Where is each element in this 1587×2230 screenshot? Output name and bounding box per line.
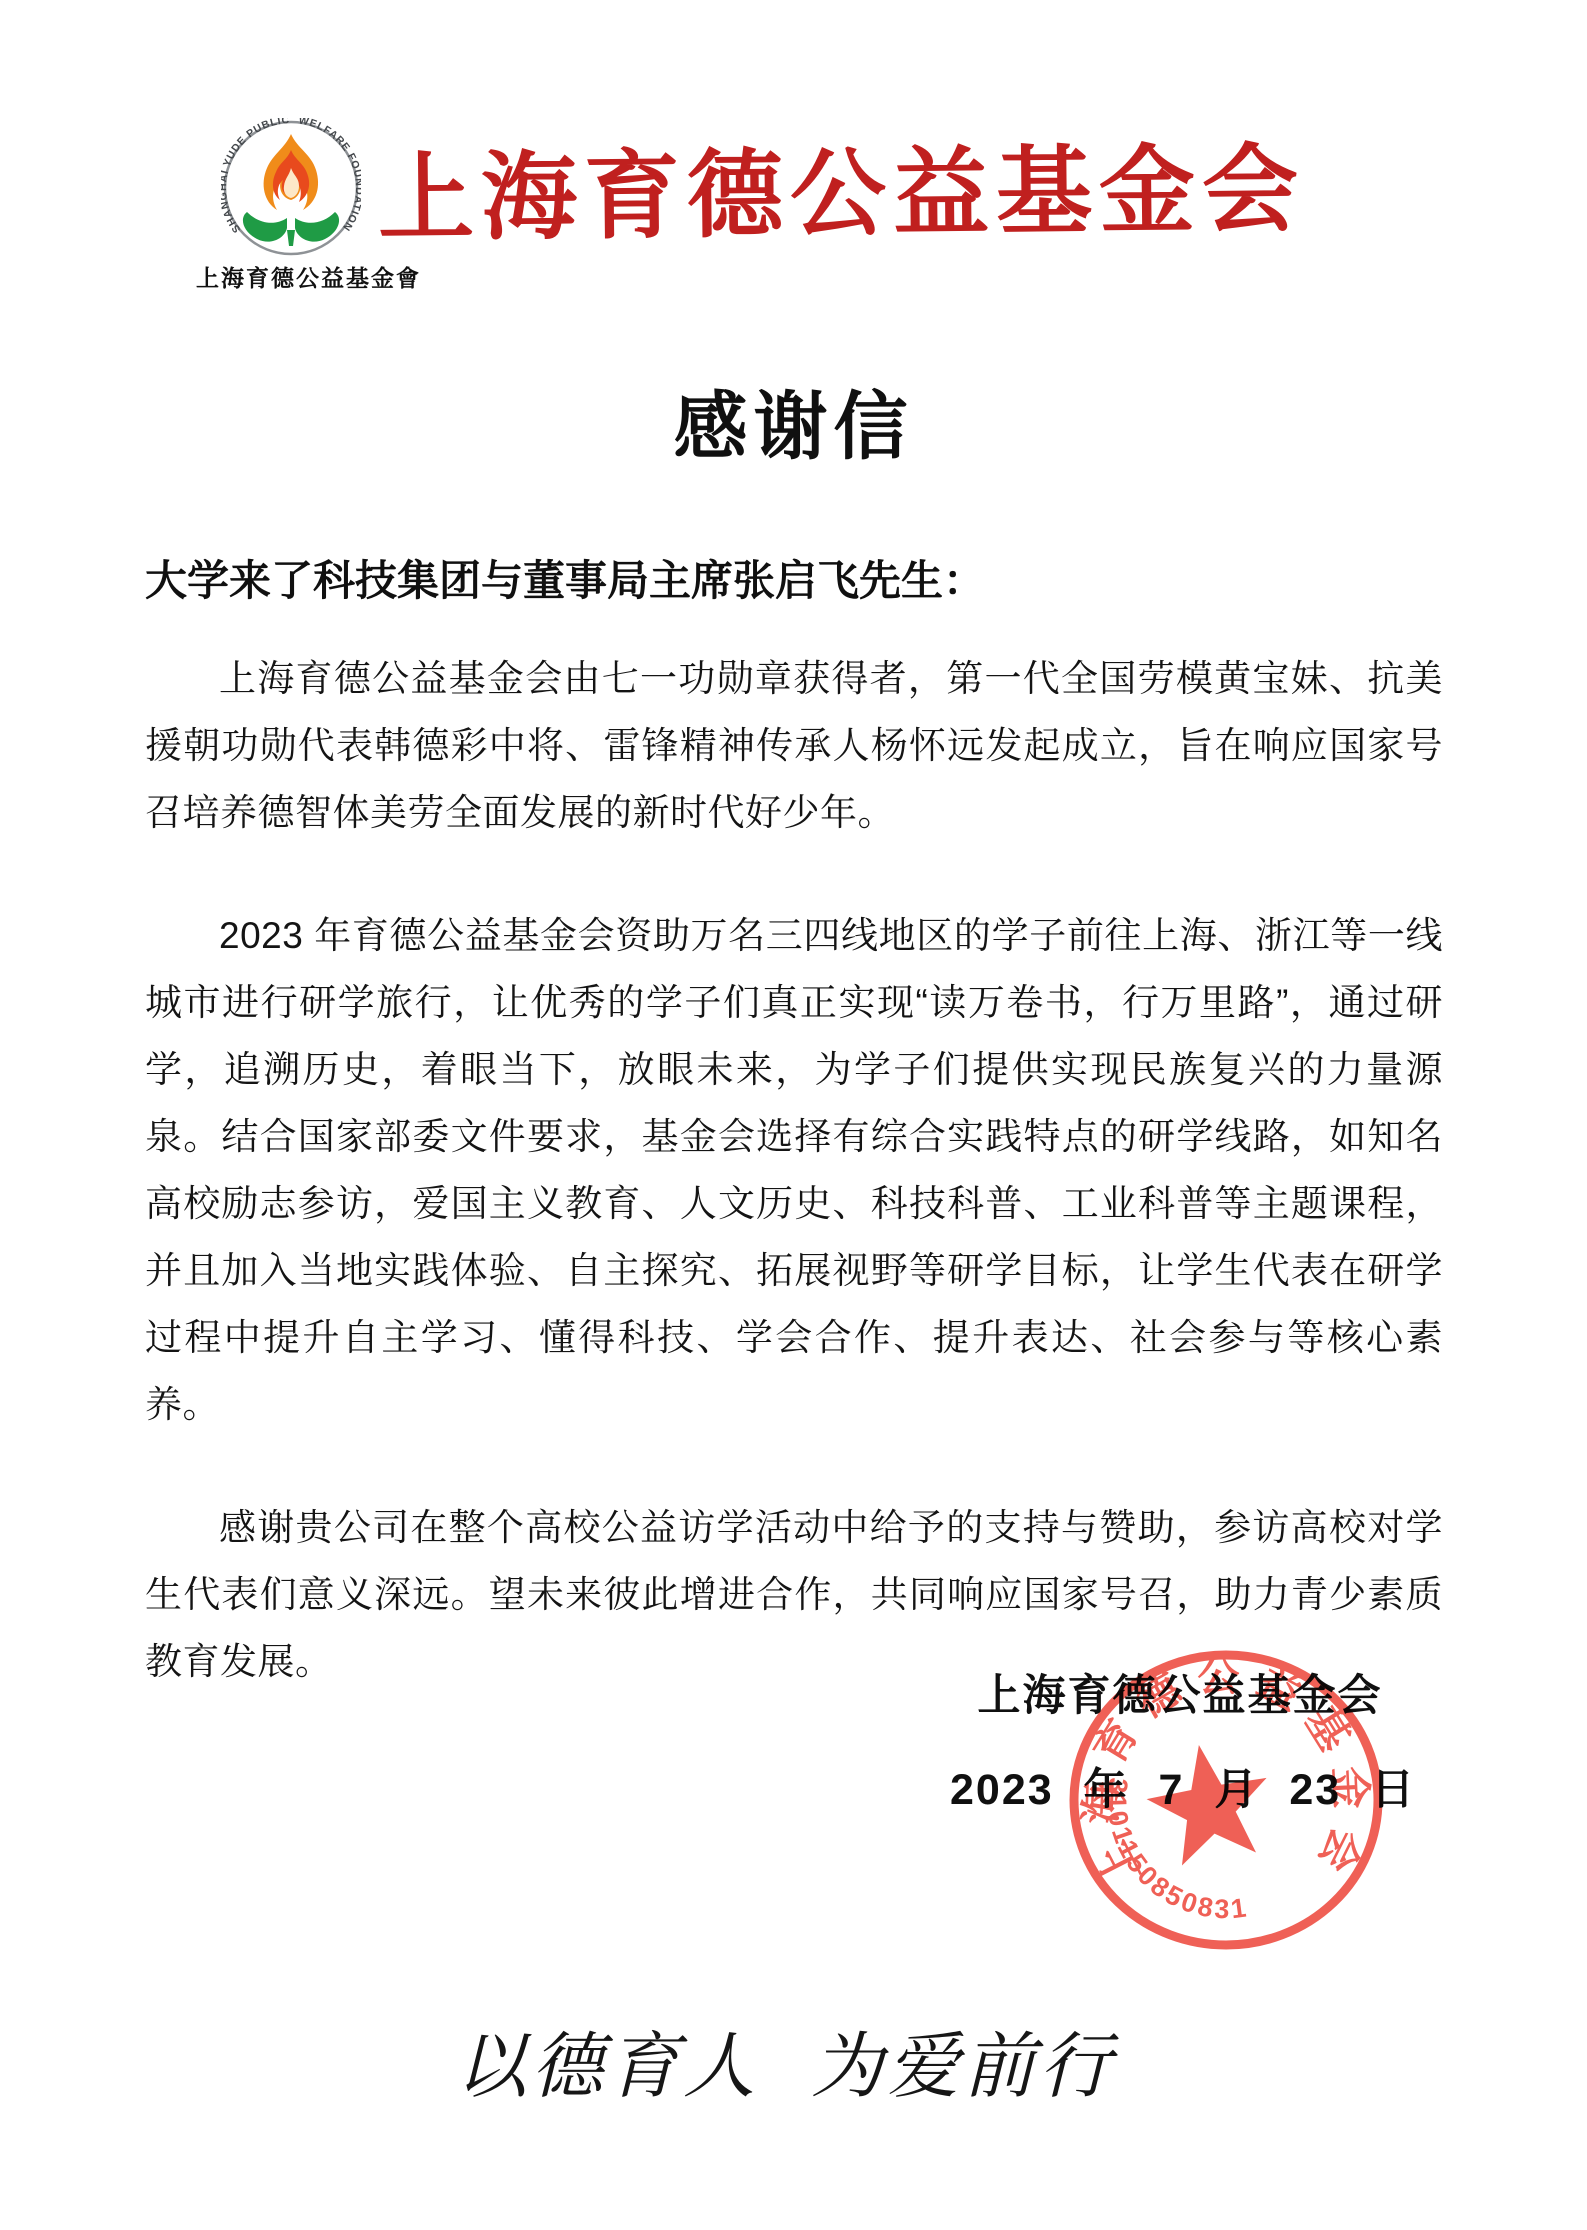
salutation: 大学来了科技集团与董事局主席张启飞先生： (145, 548, 1445, 608)
foundation-logo-icon: SHANGHAI YUDE PUBLIC WELFARE FOUNDATION (221, 118, 361, 258)
letter-body: 上海育德公益基金会由七一功勋章获得者，第一代全国劳模黄宝妹、抗美援朝功勋代表韩德… (145, 645, 1443, 1751)
letter-date: 2023 年 7 月 23 日 (950, 1756, 1410, 1817)
paragraph-2: 2023 年育德公益基金会资助万名三四线地区的学子前往上海、浙江等一线城市进行研… (145, 902, 1443, 1438)
foundation-logo-block: SHANGHAI YUDE PUBLIC WELFARE FOUNDATION … (196, 118, 386, 293)
motto: 以德育人为爱前行 (455, 2008, 1355, 2112)
paragraph-1: 上海育德公益基金会由七一功勋章获得者，第一代全国劳模黄宝妹、抗美援朝功勋代表韩德… (145, 645, 1443, 846)
motto-left: 以德育人 (455, 2024, 759, 2108)
logo-caption: 上海育德公益基金會 (196, 260, 386, 293)
thank-you-letter-page: SHANGHAI YUDE PUBLIC WELFARE FOUNDATION … (0, 0, 1587, 2230)
letter-title: 感谢信 (0, 368, 1587, 474)
signature-org-name: 上海育德公益基金会 (950, 1662, 1410, 1723)
motto-right: 为爱前行 (811, 2024, 1115, 2108)
brand-calligraphy: 上海育德公益基金会 (377, 112, 1479, 274)
